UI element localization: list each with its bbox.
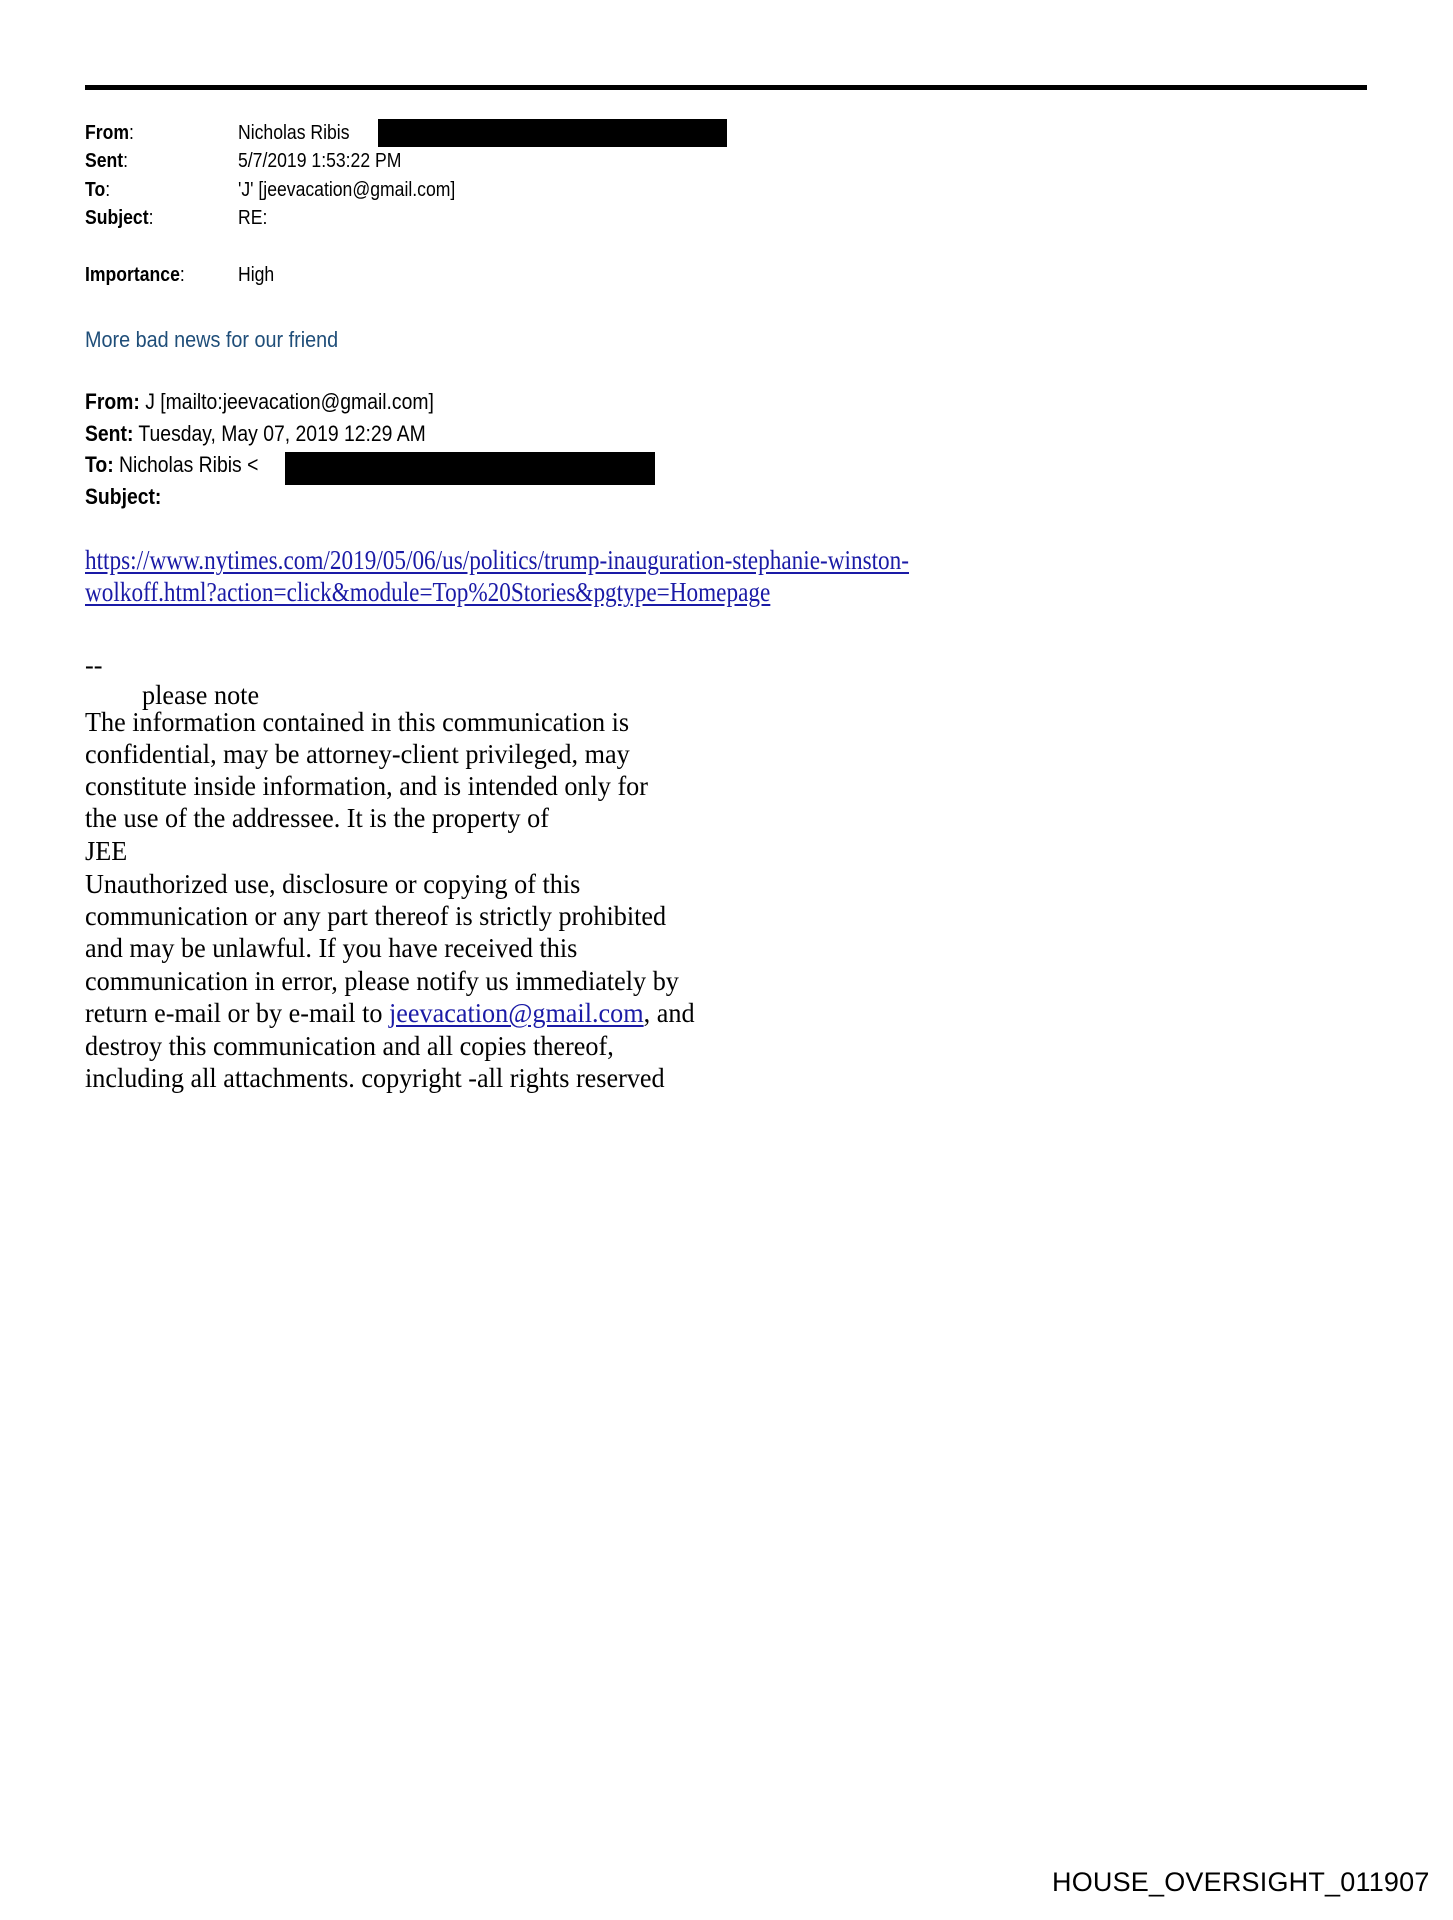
forwarded-from-line: From: J [mailto:jeevacation@gmail.com] <box>85 386 434 418</box>
reply-body-text: More bad news for our friend <box>85 325 338 355</box>
disclaimer-line: Unauthorized use, disclosure or copying … <box>85 868 580 901</box>
disclaimer-line: JEE <box>85 835 127 868</box>
disclaimer-line: The information contained in this commun… <box>85 706 629 739</box>
article-link-line-2[interactable]: wolkoff.html?action=click&module=Top%20S… <box>85 576 770 608</box>
forwarded-sent-line: Sent: Tuesday, May 07, 2019 12:29 AM <box>85 418 426 450</box>
from-value: Nicholas Ribis <box>238 119 350 147</box>
importance-value: High <box>238 261 274 289</box>
from-label: From: <box>85 119 134 147</box>
disclaimer-email-line: return e-mail or by e-mail to jeevacatio… <box>85 997 695 1030</box>
subject-value: RE: <box>238 204 267 232</box>
disclaimer-line: communication in error, please notify us… <box>85 965 679 998</box>
disclaimer-line: confidential, may be attorney-client pri… <box>85 738 630 771</box>
importance-label: Importance: <box>85 261 185 289</box>
forwarded-subject-line: Subject: <box>85 481 161 513</box>
to-value: 'J' [jeevacation@gmail.com] <box>238 176 455 204</box>
signature-separator: -- <box>85 649 102 682</box>
disclaimer-line: communication or any part thereof is str… <box>85 900 666 933</box>
forwarded-to-line: To: Nicholas Ribis < <box>85 449 258 481</box>
subject-label: Subject: <box>85 204 153 232</box>
bates-stamp: HOUSE_OVERSIGHT_011907 <box>1052 1866 1430 1898</box>
redaction-box <box>378 119 727 147</box>
top-divider-rule <box>85 85 1367 90</box>
disclaimer-line: destroy this communication and all copie… <box>85 1030 614 1063</box>
disclaimer-line: constitute inside information, and is in… <box>85 770 648 803</box>
disclaimer-line: and may be unlawful. If you have receive… <box>85 932 577 965</box>
sent-label: Sent: <box>85 147 128 175</box>
redaction-box <box>285 452 655 485</box>
email-link[interactable]: jeevacation@gmail.com <box>389 998 644 1028</box>
disclaimer-line: including all attachments. copyright -al… <box>85 1062 665 1095</box>
to-label: To: <box>85 176 110 204</box>
article-link-line-1[interactable]: https://www.nytimes.com/2019/05/06/us/po… <box>85 544 909 576</box>
disclaimer-line: the use of the addressee. It is the prop… <box>85 802 549 835</box>
sent-value: 5/7/2019 1:53:22 PM <box>238 147 401 175</box>
